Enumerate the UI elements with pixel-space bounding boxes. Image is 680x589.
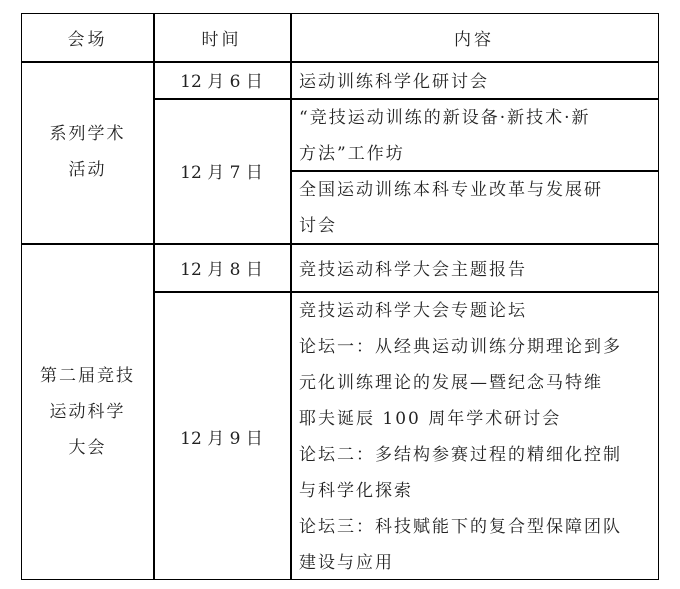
content-line: 论坛三：科技赋能下的复合型保障团队 <box>299 509 622 545</box>
content-item: 全国运动训练本科专业改革与发展研 讨会 <box>290 170 658 243</box>
content-line: 论坛二：多结构参赛过程的精细化控制 <box>299 437 622 473</box>
content-line: 方法”工作坊 <box>299 136 405 172</box>
content-item: “竞技运动训练的新设备·新技术·新 方法”工作坊 <box>290 98 658 170</box>
venue-line: 第二届竞技 <box>40 358 135 394</box>
content-line: 耶夫诞辰 100 周年学术研讨会 <box>299 401 561 437</box>
content-line: 建设与应用 <box>299 545 394 581</box>
content-line: 与科学化探索 <box>299 473 413 509</box>
content-line: 讨会 <box>299 208 337 244</box>
venue-line: 大会 <box>69 430 107 466</box>
content-line: “竞技运动训练的新设备·新技术·新 <box>299 100 591 136</box>
venue-line: 运动科学 <box>50 394 126 430</box>
content-item: 竞技运动科学大会专题论坛 论坛一：从经典运动训练分期理论到多 元化训练理论的发展… <box>290 291 658 581</box>
venue-sports-science-congress: 第二届竞技 运动科学 大会 <box>22 243 153 581</box>
venue-line: 系列学术 <box>50 116 126 152</box>
venue-academic-activities: 系列学术 活动 <box>22 61 153 243</box>
content-line: 元化训练理论的发展—暨纪念马特维 <box>299 365 603 401</box>
date-dec-7: 12 月 7 日 <box>153 98 290 243</box>
date-dec-6: 12 月 6 日 <box>153 61 290 98</box>
content-item: 运动训练科学化研讨会 <box>290 61 658 98</box>
content-line: 竞技运动科学大会专题论坛 <box>299 293 527 329</box>
date-dec-8: 12 月 8 日 <box>153 243 290 291</box>
header-content: 内容 <box>290 14 658 61</box>
header-time: 时间 <box>153 14 290 61</box>
content-line: 全国运动训练本科专业改革与发展研 <box>299 172 603 208</box>
content-item: 竞技运动科学大会主题报告 <box>290 243 658 291</box>
schedule-table: 会场 时间 内容 系列学术 活动 12 月 6 日 运动训练科学化研讨会 12 … <box>21 13 659 580</box>
date-dec-9: 12 月 9 日 <box>153 291 290 581</box>
header-venue: 会场 <box>22 14 153 61</box>
content-line: 论坛一：从经典运动训练分期理论到多 <box>299 329 622 365</box>
venue-line: 活动 <box>69 152 107 188</box>
